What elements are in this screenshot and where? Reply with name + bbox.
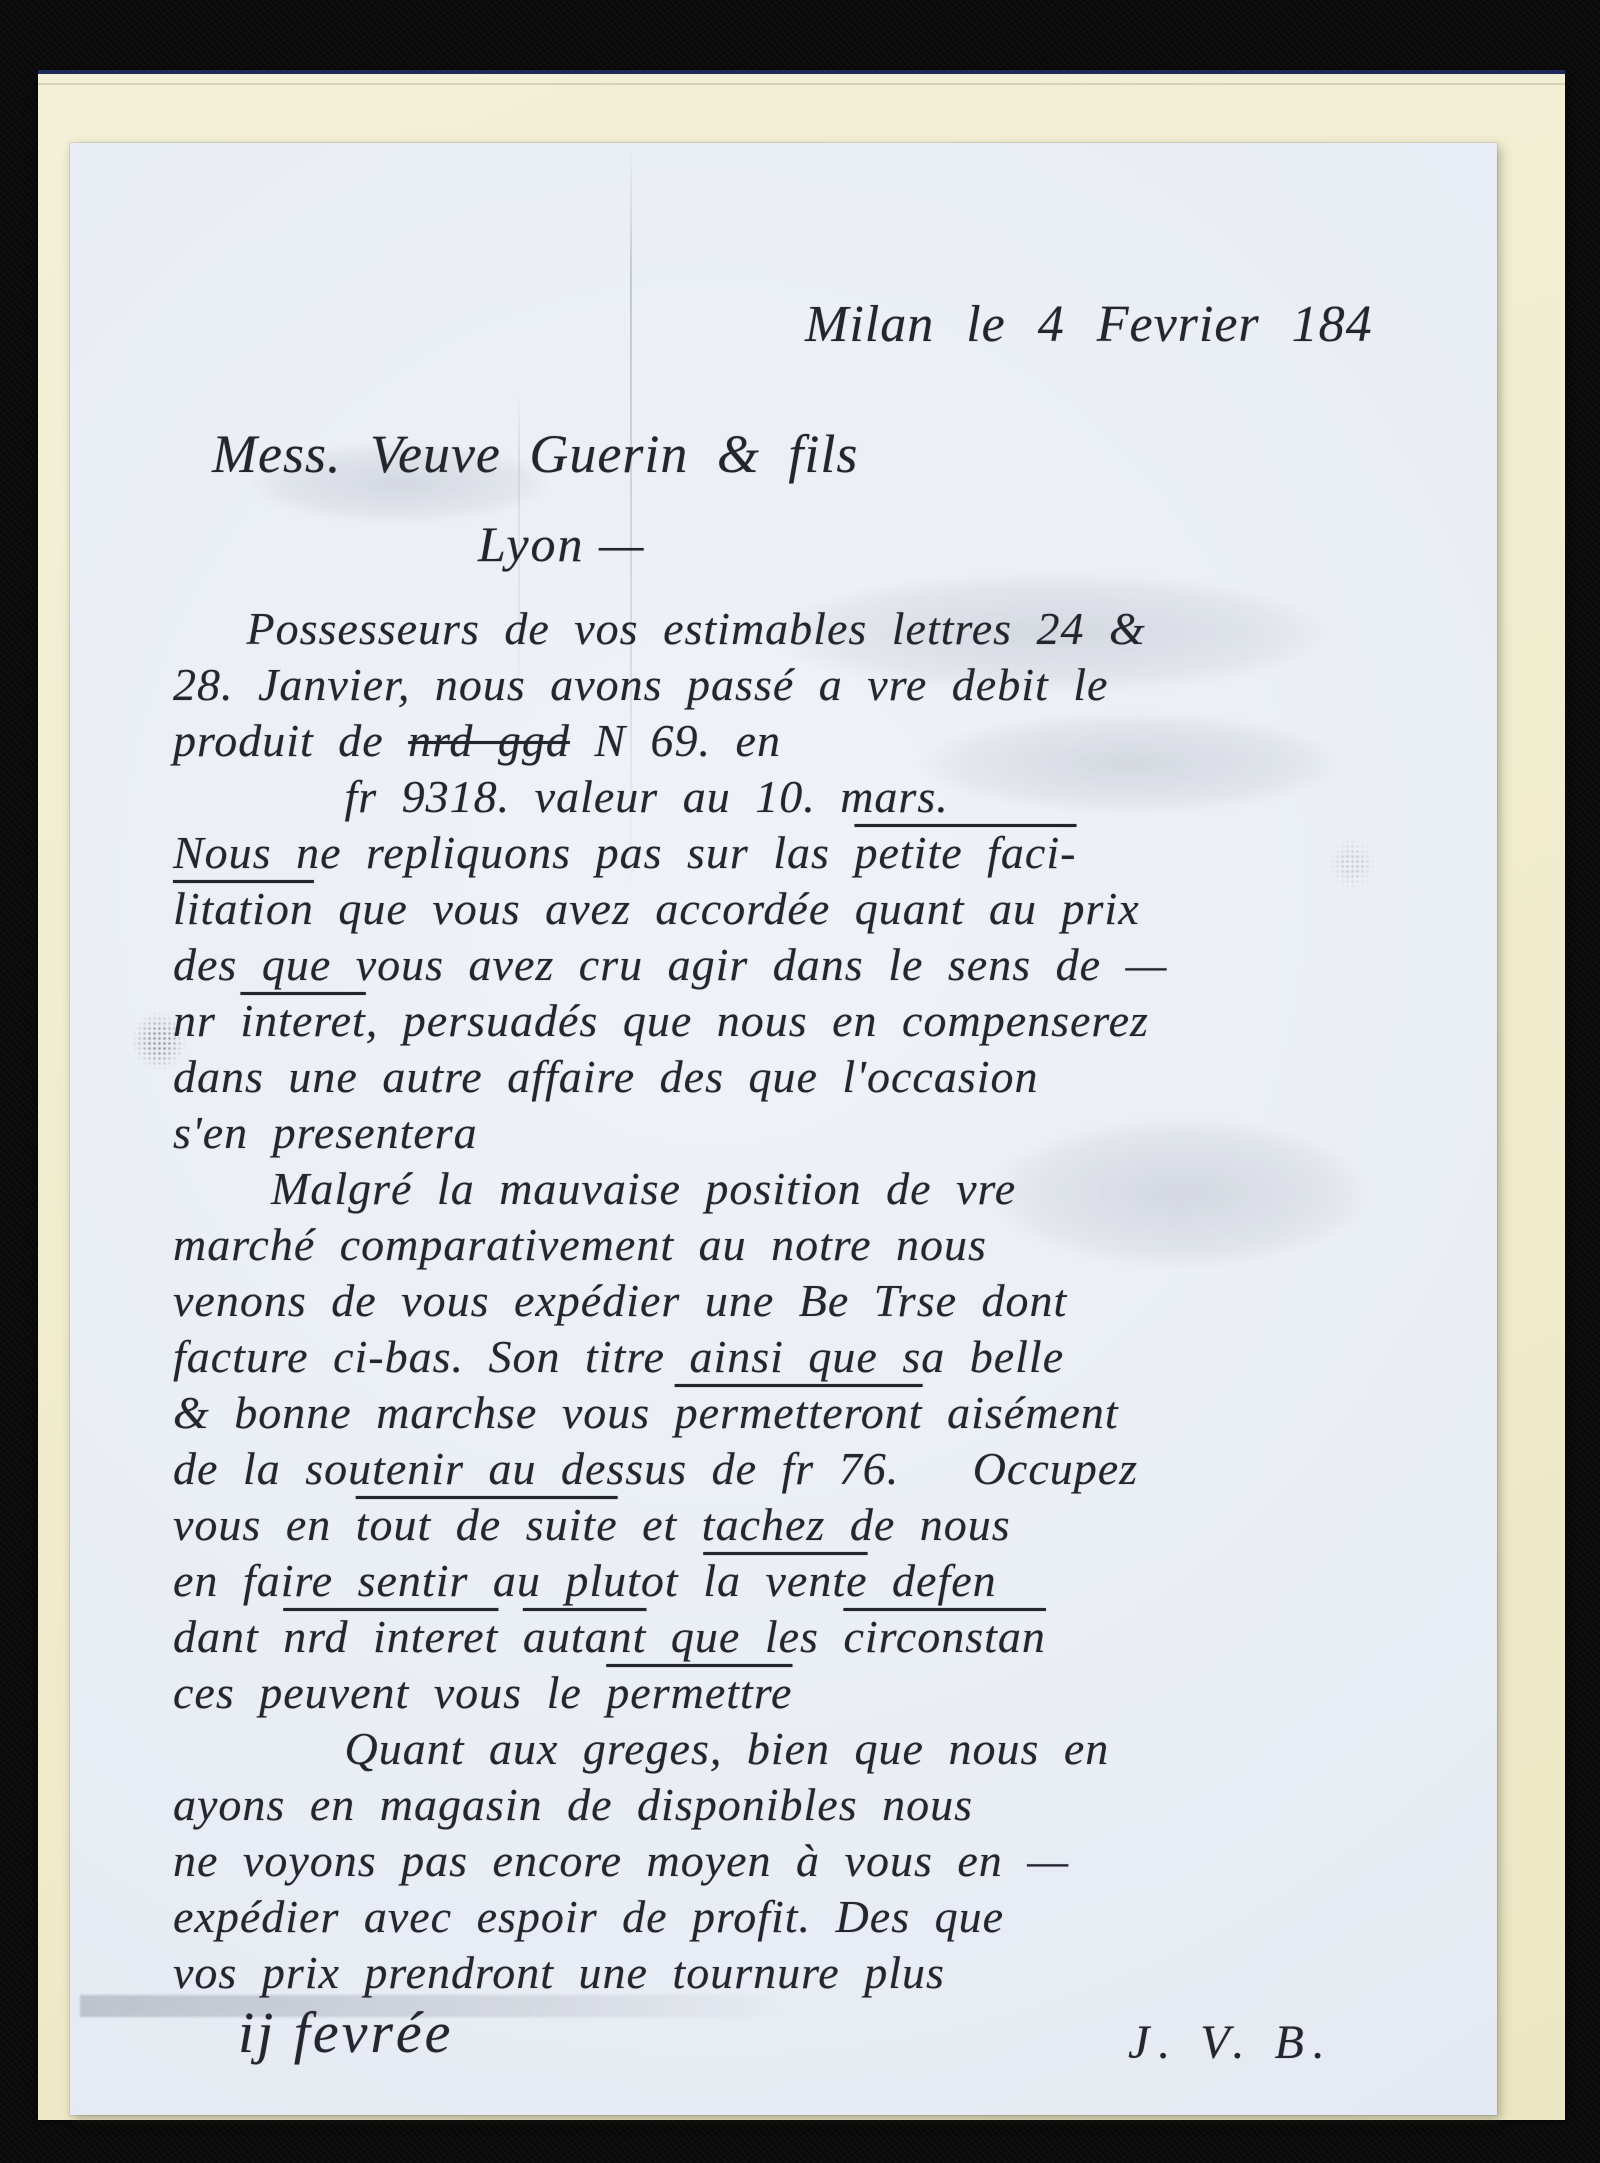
letter-line-segment: ne voyons pas encore moyen à vous en —	[173, 1835, 1069, 1886]
letter-line-segment: nr	[173, 995, 240, 1046]
letter-line: marché comparativement au notre nous	[173, 1217, 1473, 1273]
letter-initials: J. V. B.	[1128, 2015, 1334, 2070]
letter-line-segment: de la soutenir au dessus de fr 76. Occup…	[173, 1443, 1138, 1494]
letter-line-segment: nrd ggd	[408, 715, 570, 766]
letter-line-segment: litation	[173, 883, 314, 934]
letter-line: en faire sentir au plutot la vente defen	[173, 1553, 1473, 1609]
letter-line-segment	[498, 1611, 523, 1662]
letter-line-segment: N 69. en	[570, 715, 781, 766]
letter-line: ne voyons pas encore moyen à vous en —	[173, 1833, 1473, 1889]
letter-line: Malgré la mauvaise position de vre	[173, 1161, 1473, 1217]
letter-line: ces peuvent vous le permettre	[173, 1665, 1473, 1721]
letter-line: 28. Janvier, nous avons passé a vre debi…	[173, 657, 1473, 713]
letter-line: & bonne marchse vous permetteront aiséme…	[173, 1385, 1473, 1441]
letter-body: Possesseurs de vos estimables lettres 24…	[173, 601, 1473, 2001]
letter-line-segment: & bonne marchse vous	[173, 1387, 675, 1438]
letter-line: facture ci-bas. Son titre ainsi que sa b…	[173, 1329, 1473, 1385]
letter-line-segment: Quant aux greges, bien que nous en	[173, 1723, 1109, 1774]
letter-line-segment: facture ci-bas. Son titre ainsi que sa b…	[173, 1331, 1064, 1382]
letter-line-segment: expédier avec espoir de profit. Des que	[173, 1891, 1004, 1942]
letter-line-segment: dant	[173, 1611, 283, 1662]
letter-line-segment: Malgré la mauvaise position de vre	[173, 1163, 1016, 1214]
letter-line-segment: venons de vous expédier une Be Trse dont	[173, 1275, 1067, 1326]
letter-sheet: Milan le 4 Fevrier 184 Mess. Veuve Gueri…	[70, 143, 1497, 2115]
letter-line: venons de vous expédier une Be Trse dont	[173, 1273, 1473, 1329]
letter-line: vous en tout de suite et tachez de nous	[173, 1497, 1473, 1553]
letter-line-segment: Possesseurs de vos estimables lettres 24…	[173, 603, 1146, 654]
letter-line: dant nrd interet autant que les circonst…	[173, 1609, 1473, 1665]
letter-line-segment: circonstan	[843, 1611, 1046, 1662]
letter-line-segment: dans une autre affaire des que l'occasio…	[173, 1051, 1039, 1102]
letter-line: produit de nrd ggd N 69. en	[173, 713, 1473, 769]
letter-line: Quant aux greges, bien que nous en	[173, 1721, 1473, 1777]
letter-line-segment: que vous avez accordée quant au prix	[314, 883, 1140, 934]
letter-line: expédier avec espoir de profit. Des que	[173, 1889, 1473, 1945]
letter-line-segment: marché comparativement au notre nous	[173, 1219, 987, 1270]
letter-addressee-city: Lyon —	[478, 515, 645, 573]
letter-line-segment: permetteront	[675, 1387, 923, 1438]
letter-dateline: Milan le 4 Fevrier 184	[805, 295, 1373, 354]
letter-line-segment: la vente	[703, 1555, 867, 1606]
letter-line-segment: autant	[523, 1611, 647, 1662]
letter-line: s'en presentera	[173, 1105, 1473, 1161]
letter-line: fr 9318. valeur au 10. mars.	[173, 769, 1473, 825]
letter-line-segment: nrd interet	[283, 1611, 498, 1662]
letter-line-segment: que les	[646, 1611, 843, 1662]
letter-line-segment: ces peuvent vous le	[173, 1667, 606, 1718]
letter-line-segment: 28. Janvier, nous avons passé a vre debi…	[173, 659, 1108, 710]
letter-line-segment: interet	[240, 995, 365, 1046]
letter-line: de la soutenir au dessus de fr 76. Occup…	[173, 1441, 1473, 1497]
letter-line-segment: en faire sentir au plutot	[173, 1555, 703, 1606]
letter-line-segment: permettre	[606, 1667, 792, 1718]
letter-line: ayons en magasin de disponibles nous	[173, 1777, 1473, 1833]
letter-line-segment: vos prix prendront une tournure plus	[173, 1947, 945, 1998]
letter-line-segment: vous en	[173, 1499, 356, 1550]
letter-line: nr interet, persuadés que nous en compen…	[173, 993, 1473, 1049]
letter-line-segment: et tachez de nous	[618, 1499, 1011, 1550]
letter-line-segment: defen	[868, 1555, 997, 1606]
letter-line: Possesseurs de vos estimables lettres 24…	[173, 601, 1473, 657]
letter-line-segment: s'en presentera	[173, 1107, 478, 1158]
letter-line: dans une autre affaire des que l'occasio…	[173, 1049, 1473, 1105]
letter-line: vos prix prendront une tournure plus	[173, 1945, 1473, 2001]
letter-line-segment: ayons en magasin de disponibles nous	[173, 1779, 973, 1830]
letter-line-segment: produit de	[173, 715, 408, 766]
letter-line-segment: des que vous avez cru agir dans le sens …	[173, 939, 1167, 990]
letter-line-segment: Nous ne repliquons pas sur las	[173, 827, 854, 878]
letter-line-segment: tout de suite	[356, 1499, 618, 1550]
letter-line: des que vous avez cru agir dans le sens …	[173, 937, 1473, 993]
letter-line-segment: , persuadés que nous en compenserez	[366, 995, 1149, 1046]
letter-line: Nous ne repliquons pas sur las petite fa…	[173, 825, 1473, 881]
letter-line-segment: fr 9318. valeur au 10. mars.	[173, 771, 949, 822]
letter-line-segment: aisément	[923, 1387, 1119, 1438]
letter-addressee: Mess. Veuve Guerin & fils	[212, 423, 858, 485]
letter-line: litation que vous avez accordée quant au…	[173, 881, 1473, 937]
album-page: Milan le 4 Fevrier 184 Mess. Veuve Gueri…	[38, 74, 1565, 2120]
letter-docket: ij fevrée	[238, 1999, 453, 2066]
letter-line-segment: petite faci-	[854, 827, 1076, 878]
